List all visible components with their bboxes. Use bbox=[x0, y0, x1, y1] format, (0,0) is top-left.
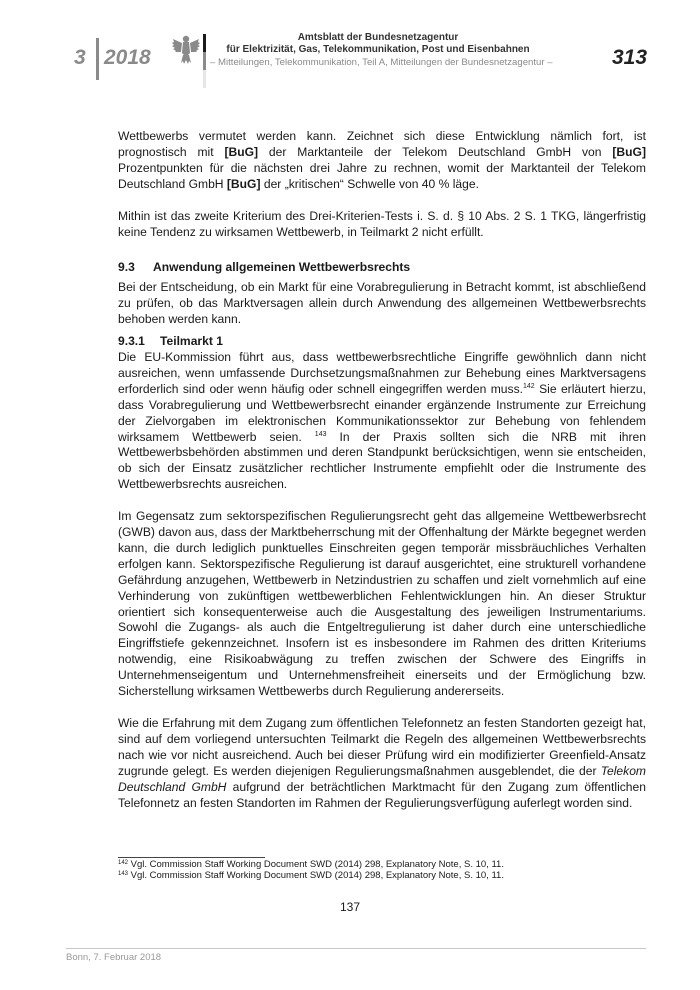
paragraph-2: Mithin ist das zweite Kriterium des Drei… bbox=[118, 209, 646, 241]
section-number: 9.3 bbox=[118, 260, 153, 276]
paragraph-5: Im Gegensatz zum sektorspezifischen Regu… bbox=[118, 509, 646, 700]
text-run: der „kritischen“ Schwelle von 40 % läge. bbox=[261, 177, 479, 191]
section-title: Anwendung allgemeinen Wettbewerbsrechts bbox=[153, 260, 410, 274]
footer-rule bbox=[66, 948, 646, 949]
subsection-number: 9.3.1 bbox=[118, 334, 160, 350]
issue-divider bbox=[96, 38, 99, 80]
redaction-marker: [BuG] bbox=[612, 145, 646, 159]
footnote-number: 143 bbox=[118, 871, 128, 877]
document-body: Wettbewerbs vermutet werden kann. Zeichn… bbox=[118, 129, 646, 811]
paragraph-3: Bei der Entscheidung, ob ein Markt für e… bbox=[118, 280, 646, 328]
redaction-marker: [BuG] bbox=[227, 177, 261, 191]
footnote-separator bbox=[118, 857, 265, 858]
redaction-marker: [BuG] bbox=[224, 145, 258, 159]
footer-date: Bonn, 7. Februar 2018 bbox=[66, 952, 161, 963]
footnote-item: 142 Vgl. Commission Staff Working Docume… bbox=[118, 859, 504, 870]
publication-subtitle: – Mitteilungen, Telekommunikation, Teil … bbox=[210, 57, 553, 68]
paragraph-6: Wie die Erfahrung mit dem Zugang zum öff… bbox=[118, 716, 646, 811]
footnote-ref[interactable]: 143 bbox=[315, 431, 327, 438]
issue-number: 3 bbox=[74, 46, 86, 70]
footnote-ref[interactable]: 142 bbox=[523, 383, 535, 390]
header-page-number: 313 bbox=[612, 46, 647, 70]
footnote-text: Vgl. Commission Staff Working Document S… bbox=[128, 870, 504, 881]
subsection-title: Teilmarkt 1 bbox=[160, 334, 223, 348]
publication-title-line1: Amtsblatt der Bundesnetzagentur bbox=[208, 32, 548, 44]
text-run: der Marktanteile der Telekom Deutschland… bbox=[258, 145, 612, 159]
flag-stripe-black bbox=[203, 34, 206, 52]
document-page-number: 137 bbox=[0, 900, 700, 914]
publication-title: Amtsblatt der Bundesnetzagentur für Elek… bbox=[208, 32, 548, 56]
text-run: Wie die Erfahrung mit dem Zugang zum öff… bbox=[118, 716, 646, 778]
flag-stripe-light bbox=[203, 70, 206, 88]
footnote-text: Vgl. Commission Staff Working Document S… bbox=[128, 859, 504, 870]
footnotes: 142 Vgl. Commission Staff Working Docume… bbox=[118, 859, 504, 881]
paragraph-1: Wettbewerbs vermutet werden kann. Zeichn… bbox=[118, 129, 646, 193]
section-heading: 9.3Anwendung allgemeinen Wettbewerbsrech… bbox=[118, 260, 646, 276]
publication-title-line2: für Elektrizität, Gas, Telekommunikation… bbox=[208, 44, 548, 56]
paragraph-4: Die EU-Kommission führt aus, dass wettbe… bbox=[118, 350, 646, 493]
footnote-number: 142 bbox=[118, 860, 128, 866]
flag-stripe-gray bbox=[203, 52, 206, 70]
flag-bar bbox=[203, 34, 206, 88]
issue-year: 2018 bbox=[104, 46, 151, 70]
federal-eagle-icon bbox=[171, 33, 201, 67]
footnote-item: 143 Vgl. Commission Staff Working Docume… bbox=[118, 870, 504, 881]
subsection-heading: 9.3.1Teilmarkt 1 bbox=[118, 334, 646, 350]
